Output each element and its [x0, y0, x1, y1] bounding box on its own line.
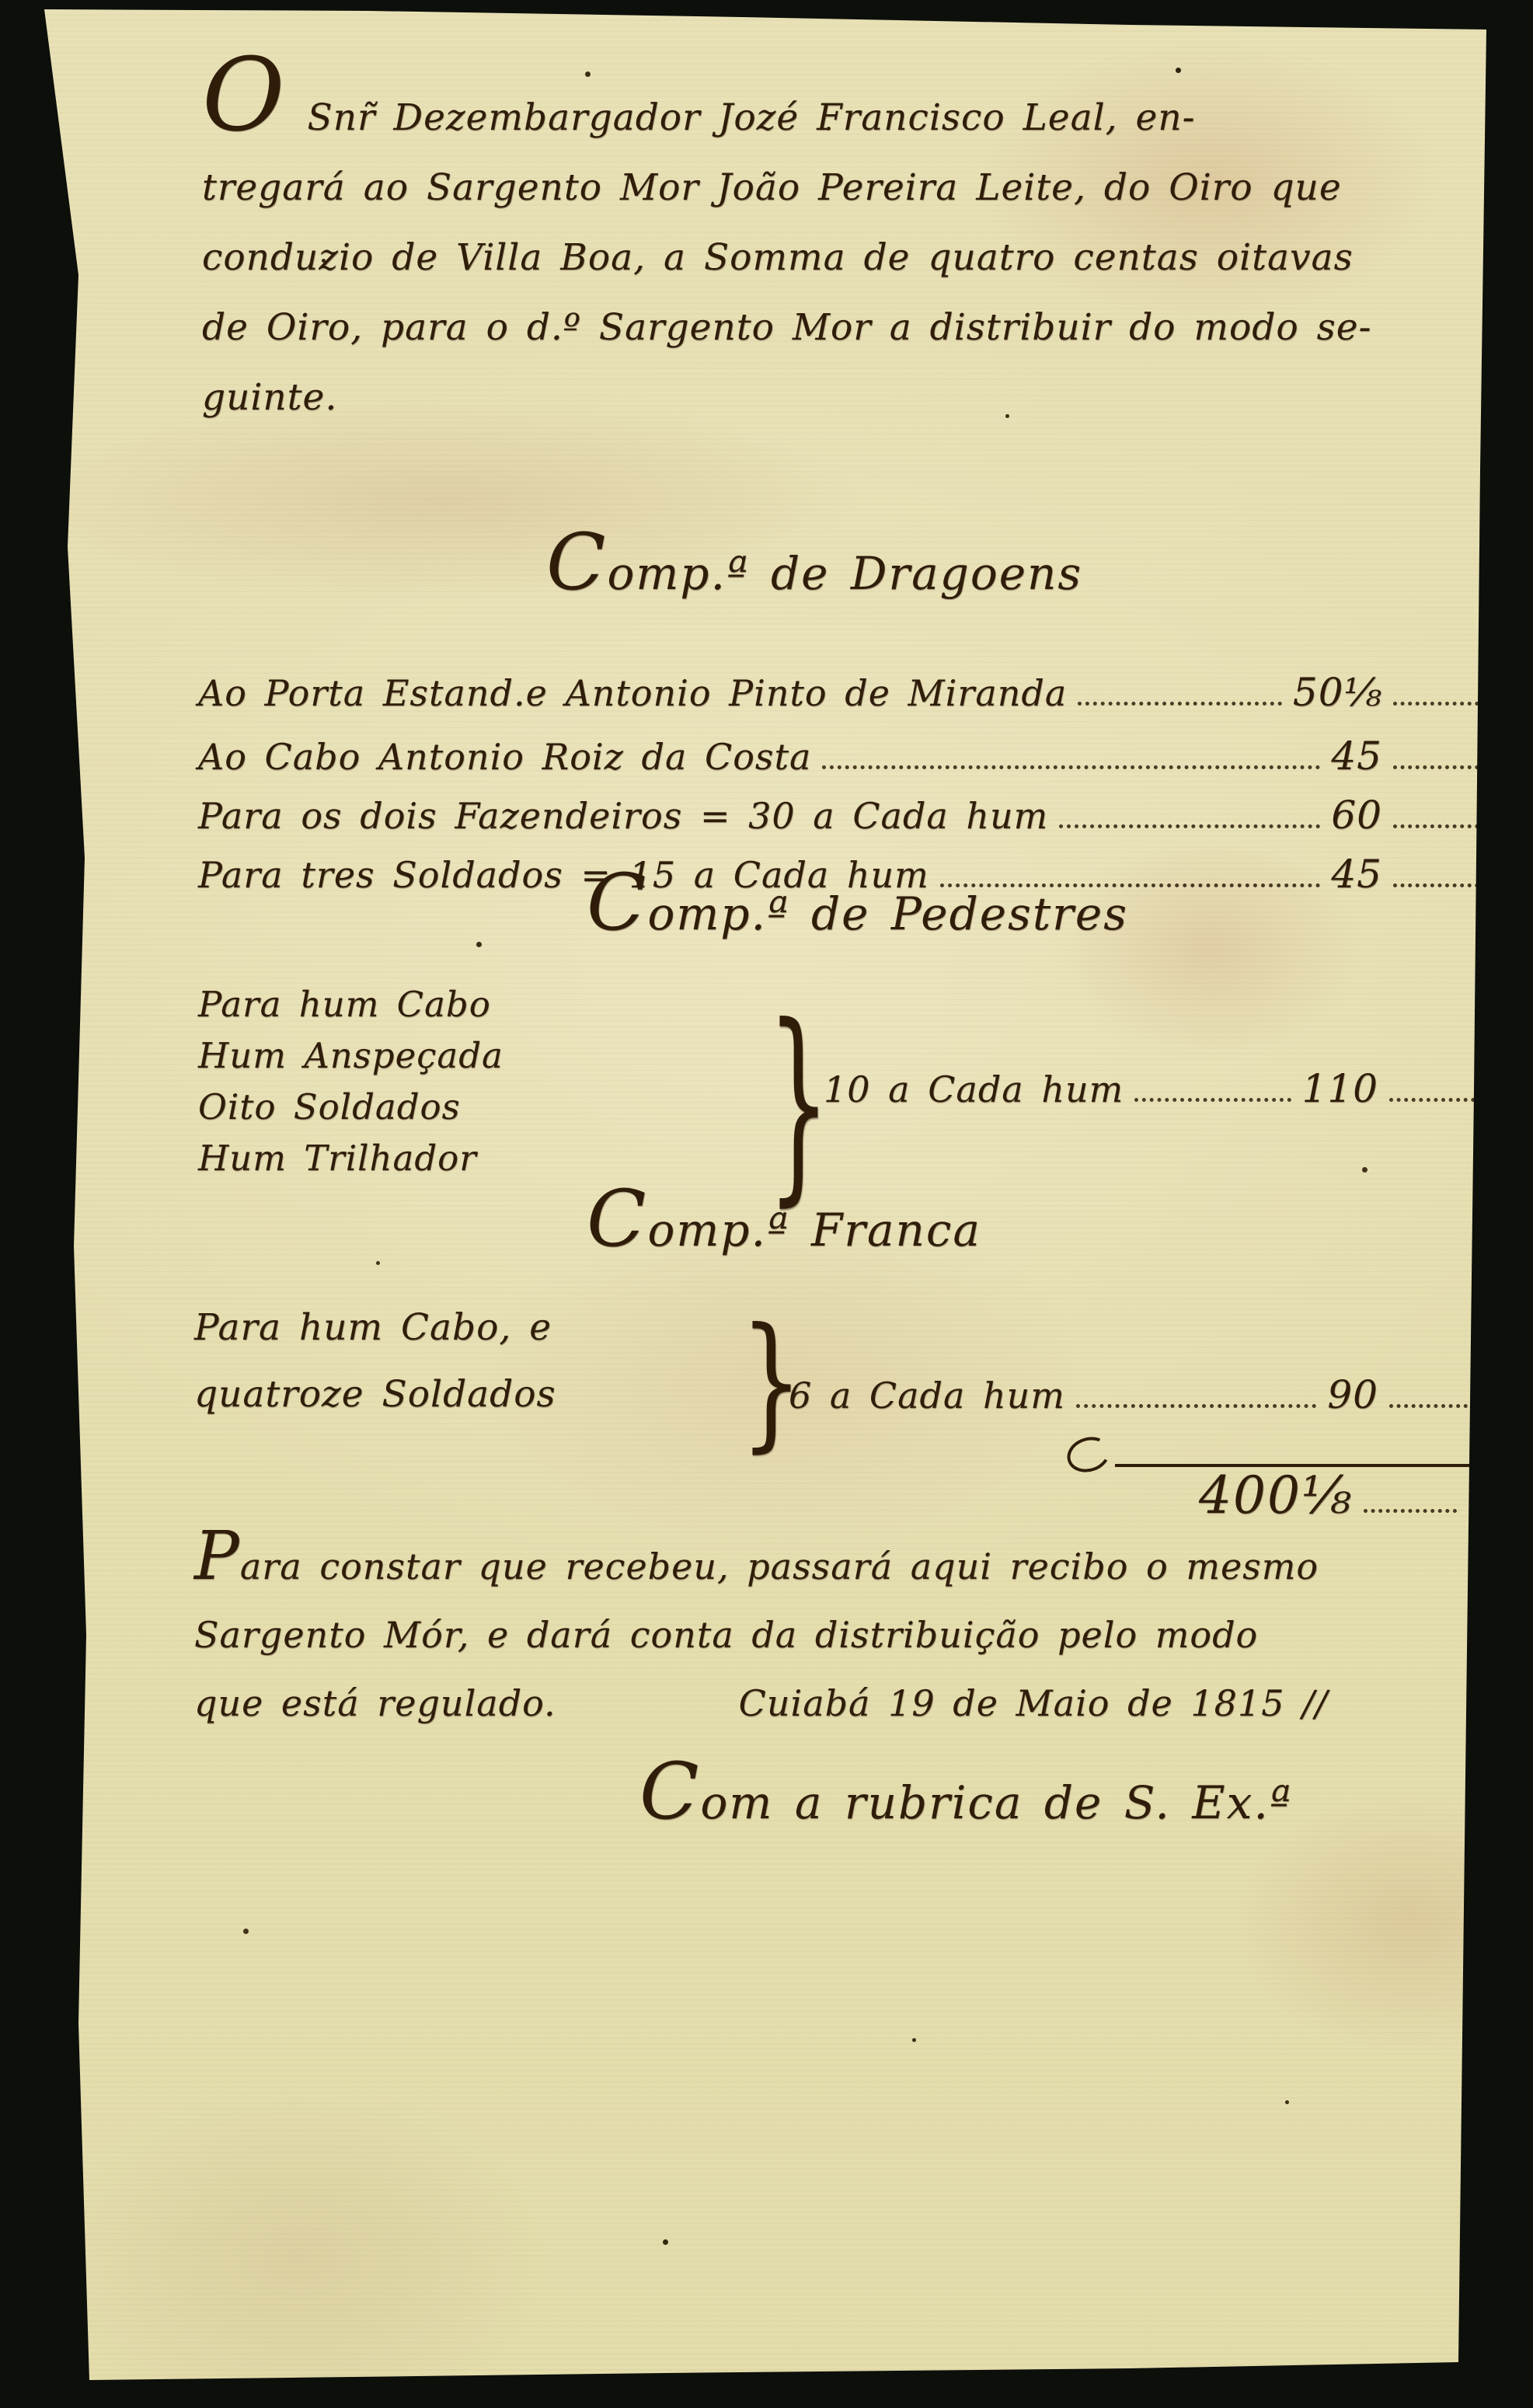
- dotted-leader: [1059, 824, 1320, 828]
- allocation-row: Para os dois Fazendeiros = 30 a Cada hum…: [198, 793, 1486, 838]
- total-row: 400⅛: [1199, 1465, 1486, 1525]
- closing-line-3-text: que está regulado.: [194, 1682, 556, 1724]
- pedestres-group-list: Para hum Cabo Hum Anspeçada Oito Soldado…: [198, 979, 503, 1184]
- row-value: 90: [1327, 1372, 1378, 1417]
- dotted-leader: [1364, 1509, 1457, 1513]
- group-line: Para hum Cabo: [198, 979, 503, 1030]
- allocation-row: Ao Porta Estand.e Antonio Pinto de Miran…: [198, 670, 1486, 715]
- curly-brace: }: [768, 998, 831, 1207]
- dotted-leader: [822, 765, 1320, 769]
- row-label: Para os dois Fazendeiros = 30 a Cada hum: [198, 795, 1048, 837]
- row-value: 60: [1331, 793, 1382, 838]
- group-line: Hum Trilhador: [198, 1133, 503, 1184]
- group-line: quatroze Soldados: [194, 1361, 556, 1428]
- sum-rule: [1115, 1431, 1482, 1467]
- manuscript-page: O Snr̃ Dezembargador Jozé Francisco Leal…: [43, 3, 1488, 2382]
- row-value: 50⅛: [1293, 670, 1382, 715]
- row-label: Ao Cabo Antonio Roiz da Costa: [198, 736, 811, 778]
- dotted-leader: [1076, 1404, 1316, 1408]
- rubric-line: Com a rubrica de S. Ex.ª: [639, 1776, 1292, 1829]
- franca-rate-row: 6 a Cada hum 90: [789, 1372, 1482, 1417]
- franca-group-list: Para hum Cabo, e quatroze Soldados: [194, 1295, 556, 1428]
- opening-line-4: de Oiro, para o d.º Sargento Mor a distr…: [202, 293, 1496, 363]
- opening-line-2: tregará ao Sargento Mor João Pereira Lei…: [202, 153, 1496, 223]
- dateline: Cuiabá 19 de Maio de 1815 //: [739, 1682, 1328, 1724]
- row-value: 45: [1331, 734, 1382, 779]
- dotted-leader: [1393, 702, 1486, 706]
- dotted-leader: [1393, 824, 1486, 828]
- group-line: Hum Anspeçada: [198, 1030, 503, 1082]
- section-heading-dragoens: Comp.ª de Dragoens: [546, 547, 1082, 600]
- group-line: Para hum Cabo, e: [194, 1295, 556, 1361]
- paper-specks: [43, 3, 45, 5]
- rate-label: 10 a Cada hum: [824, 1068, 1124, 1110]
- opening-line-5: guinte.: [202, 363, 1496, 433]
- photo-background: O Snr̃ Dezembargador Jozé Francisco Leal…: [0, 0, 1533, 2408]
- opening-paragraph: O Snr̃ Dezembargador Jozé Francisco Leal…: [202, 79, 1496, 433]
- pedestres-rate-row: 10 a Cada hum 110: [824, 1066, 1482, 1111]
- dotted-leader: [1389, 1404, 1482, 1408]
- dotted-leader: [1134, 1098, 1291, 1102]
- total-value: 400⅛: [1199, 1465, 1353, 1525]
- group-line: Oito Soldados: [198, 1082, 503, 1133]
- opening-line-1: O Snr̃ Dezembargador Jozé Francisco Leal…: [202, 79, 1496, 153]
- dotted-leader: [1078, 702, 1282, 706]
- row-label: Ao Porta Estand.e Antonio Pinto de Miran…: [198, 672, 1067, 714]
- closing-line-1: Para constar que recebeu, passará aqui r…: [194, 1532, 1503, 1601]
- rate-label: 6 a Cada hum: [789, 1375, 1065, 1417]
- closing-line-2: Sargento Mór, e dará conta da distribuiç…: [194, 1601, 1503, 1669]
- row-value: 45: [1331, 852, 1382, 897]
- dotted-leader: [1393, 765, 1486, 769]
- section-heading-franca: Comp.ª Franca: [587, 1204, 981, 1256]
- closing-paragraph: Para constar que recebeu, passará aqui r…: [194, 1532, 1503, 1737]
- section-heading-pedestres: Comp.ª de Pedestres: [587, 887, 1128, 940]
- allocation-row: Ao Cabo Antonio Roiz da Costa 45: [198, 734, 1486, 779]
- dotted-leader: [1393, 883, 1486, 887]
- closing-line-3: que está regulado.Cuiabá 19 de Maio de 1…: [194, 1669, 1503, 1737]
- row-value: 110: [1302, 1066, 1378, 1111]
- dotted-leader: [1389, 1098, 1482, 1102]
- opening-line-3: conduzio de Villa Boa, a Somma de quatro…: [202, 223, 1496, 293]
